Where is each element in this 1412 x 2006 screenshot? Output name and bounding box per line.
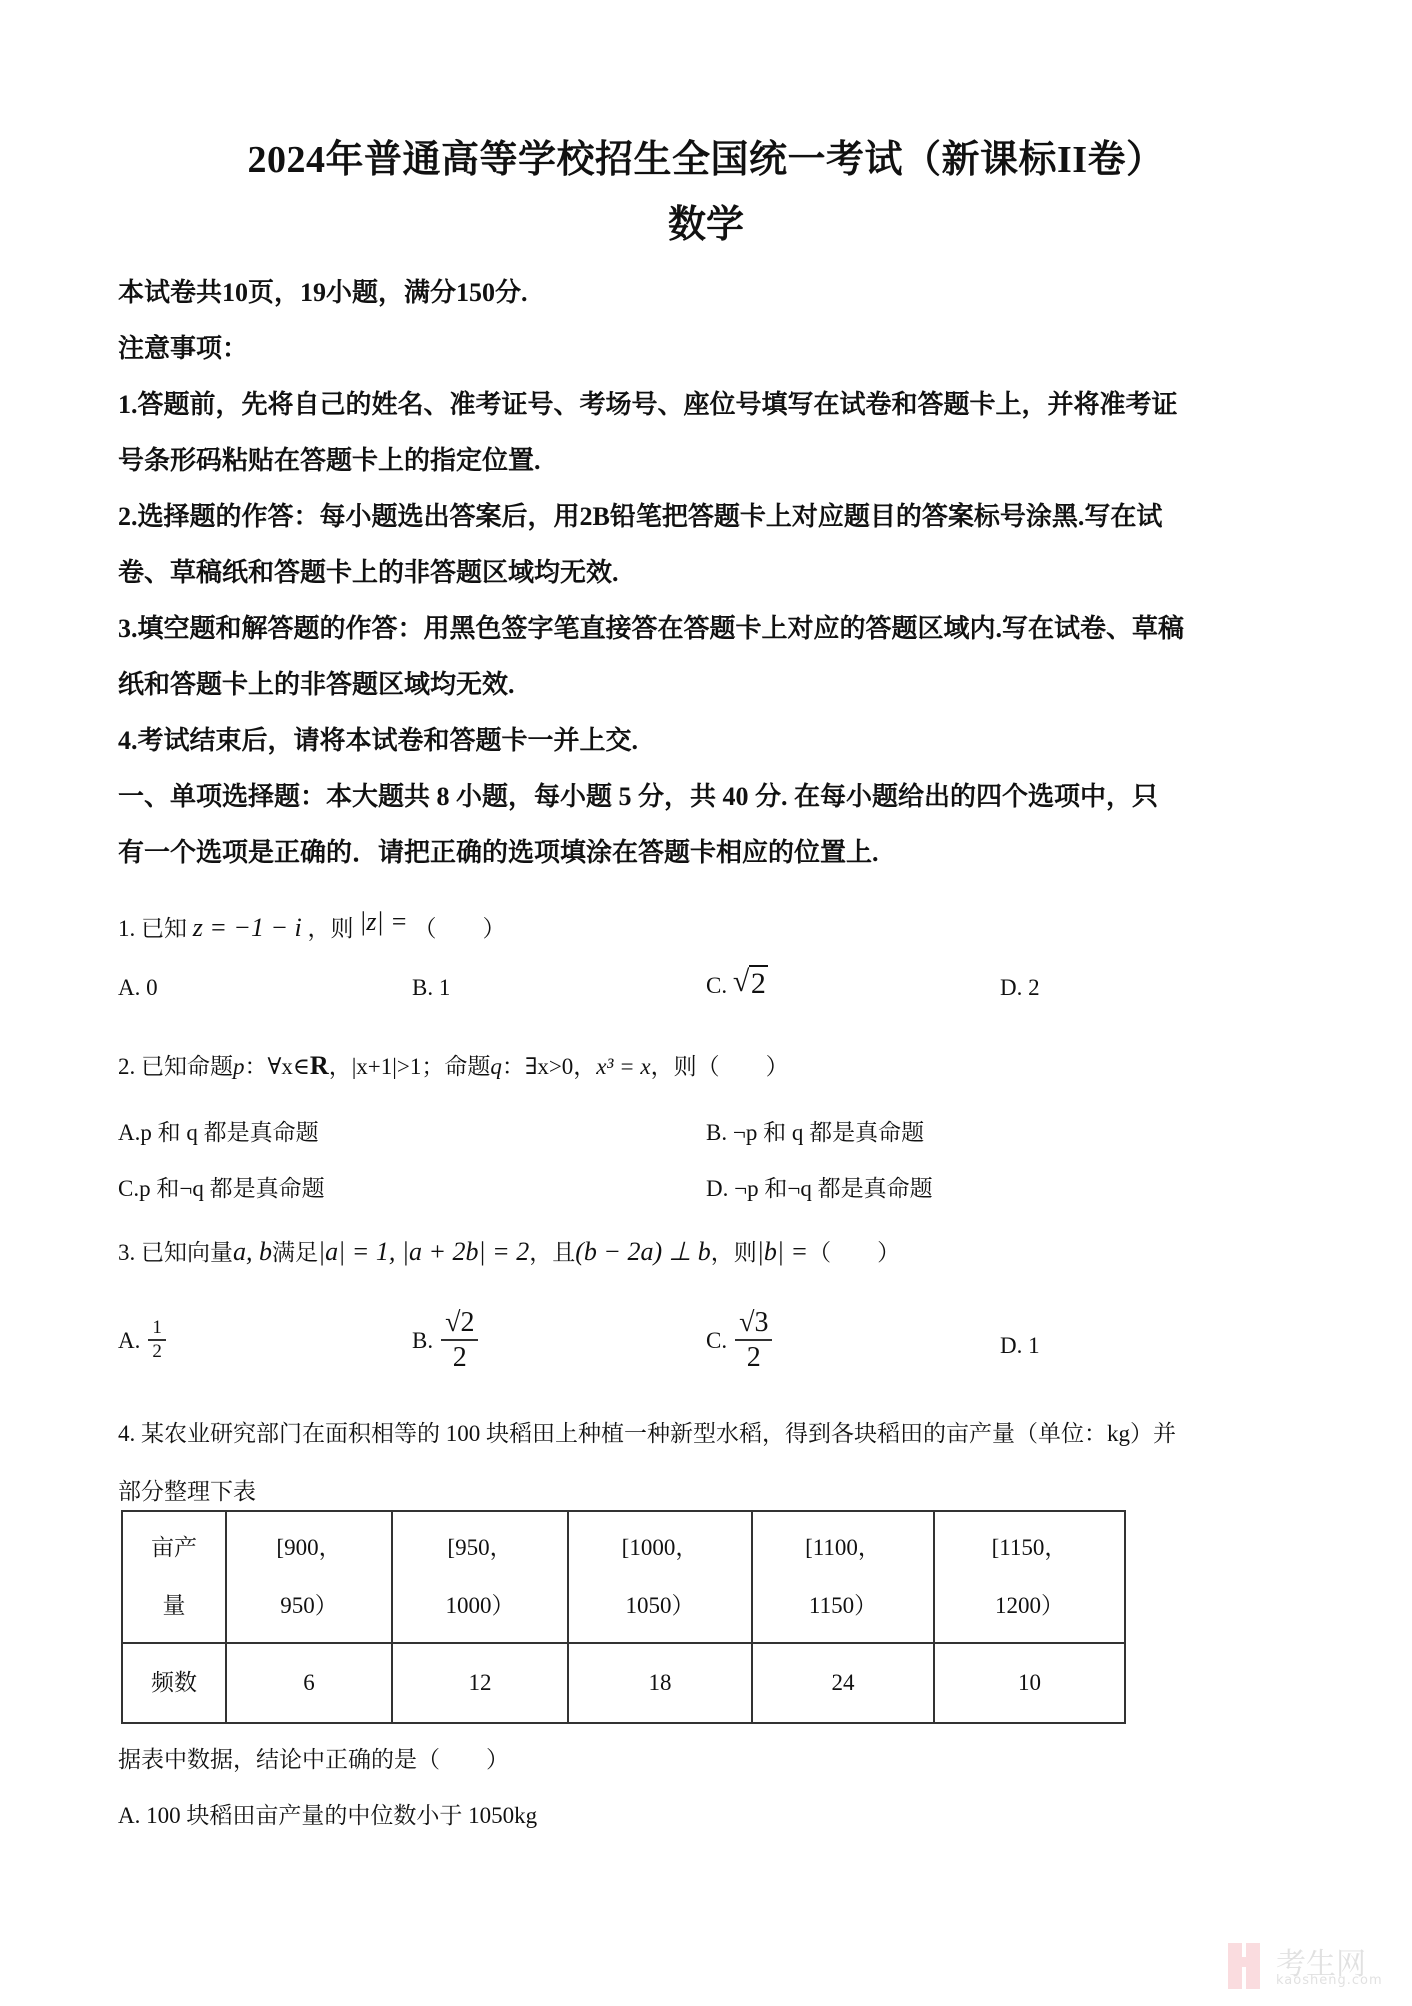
option-c: C. 2	[706, 967, 768, 1001]
row-header: 频数	[122, 1643, 226, 1723]
option-a: A. 0	[118, 975, 158, 1001]
note-2-line-1: 2.选择题的作答：每小题选出答案后，用2B铅笔把答题卡上对应题目的答案标号涂黑.…	[118, 496, 1162, 533]
fraction: √22	[441, 1308, 478, 1374]
table-cell: [1100， 1150）	[752, 1511, 934, 1643]
table-cell: 6	[226, 1643, 392, 1723]
math-expression: z = −1 − i	[193, 913, 302, 942]
option-b: B. 1	[412, 975, 450, 1001]
option-d: D. 2	[1000, 975, 1040, 1001]
question-1: 1. 已知 z = −1 − i ，则 |z| = （ ）	[118, 910, 505, 943]
option-a: A. 12	[118, 1318, 166, 1364]
perpendicular-condition: (b − 2a) ⊥ b	[575, 1237, 711, 1266]
table-cell: [1000， 1050）	[568, 1511, 752, 1643]
question-3: 3. 已知向量a, b满足|a| = 1, |a + 2b| = 2，且(b −…	[118, 1234, 900, 1267]
table-row: 亩产 量 [900， 950） [950， 1000） [1000， 1050）…	[122, 1511, 1125, 1643]
option-a: A. 100 块稻田亩产量的中位数小于 1050kg	[118, 1797, 537, 1830]
watermark-logo: 考生网 kaosheng.com	[1228, 1943, 1388, 1991]
note-1-line-1: 1.答题前，先将自己的姓名、准考证号、考场号、座位号填写在试卷和答题卡上，并将准…	[118, 384, 1178, 421]
option-a: A.p 和 q 都是真命题	[118, 1114, 319, 1147]
table-row: 频数 6 12 18 24 10	[122, 1643, 1125, 1723]
question-text: ，则	[307, 916, 353, 941]
fraction: 12	[148, 1318, 166, 1364]
exam-subject: 数学	[0, 193, 1412, 248]
note-4-line-1: 4.考试结束后，请将本试卷和答题卡一并上交.	[118, 720, 638, 757]
question-4-prompt: 据表中数据，结论中正确的是（ ）	[118, 1741, 509, 1774]
vector-names: a, b	[233, 1237, 272, 1266]
option-b: B. ¬p 和 q 都是真命题	[706, 1114, 924, 1147]
section-1-heading: 一、单项选择题：本大题共 8 小题，每小题 5 分，共 40 分. 在每小题给出…	[118, 776, 1158, 813]
notes-heading: 注意事项：	[118, 328, 248, 365]
answer-blank: （ ）	[413, 916, 505, 941]
note-1-line-2: 号条形码粘贴在答题卡上的指定位置.	[118, 440, 541, 477]
math-expression: |z| =	[359, 907, 407, 936]
note-2-line-2: 卷、草稿纸和答题卡上的非答题区域均无效.	[118, 552, 619, 589]
option-c: C. √32	[706, 1308, 772, 1374]
yield-frequency-table: 亩产 量 [900， 950） [950， 1000） [1000， 1050）…	[121, 1510, 1126, 1724]
sqrt-symbol: 2	[733, 967, 768, 1001]
row-header: 亩产 量	[122, 1511, 226, 1643]
note-3-line-1: 3.填空题和解答题的作答：用黑色签字笔直接答在答题卡上对应的答题区域内.写在试卷…	[118, 608, 1184, 645]
fraction: √32	[735, 1308, 772, 1374]
table-cell: [1150， 1200）	[934, 1511, 1125, 1643]
question-text: 已知	[141, 916, 187, 941]
option-b: B. √22	[412, 1308, 478, 1374]
question-number: 1.	[118, 916, 135, 941]
question-4: 4. 某农业研究部门在面积相等的 100 块稻田上种植一种新型水稻，得到各块稻田…	[118, 1415, 1176, 1448]
table-cell: 12	[392, 1643, 568, 1723]
table-cell: 18	[568, 1643, 752, 1723]
vector-condition: |a| = 1, |a + 2b| = 2	[318, 1237, 529, 1266]
table-cell: 24	[752, 1643, 934, 1723]
option-d: D. 1	[1000, 1333, 1040, 1359]
table-cell: [900， 950）	[226, 1511, 392, 1643]
table-cell: [950， 1000）	[392, 1511, 568, 1643]
question-2: 2. 已知命题p：∀x∈R，|x+1|>1；命题q：∃x>0，x³ = x，则（…	[118, 1048, 789, 1081]
exam-title: 2024年普通高等学校招生全国统一考试（新课标II卷）	[0, 128, 1412, 183]
table-cell: 10	[934, 1643, 1125, 1723]
exam-summary: 本试卷共10页，19小题，满分150分.	[118, 272, 528, 309]
watermark-url: kaosheng.com	[1276, 1973, 1383, 1988]
option-d: D. ¬p 和¬q 都是真命题	[706, 1170, 933, 1203]
question-4-line-2: 部分整理下表	[118, 1473, 256, 1506]
section-1-heading-line-2: 有一个选项是正确的．请把正确的选项填涂在答题卡相应的位置上.	[118, 832, 879, 869]
option-c: C.p 和¬q 都是真命题	[118, 1170, 325, 1203]
kaosheng-logo-icon	[1228, 1943, 1268, 1989]
note-3-line-2: 纸和答题卡上的非答题区域均无效.	[118, 664, 515, 701]
